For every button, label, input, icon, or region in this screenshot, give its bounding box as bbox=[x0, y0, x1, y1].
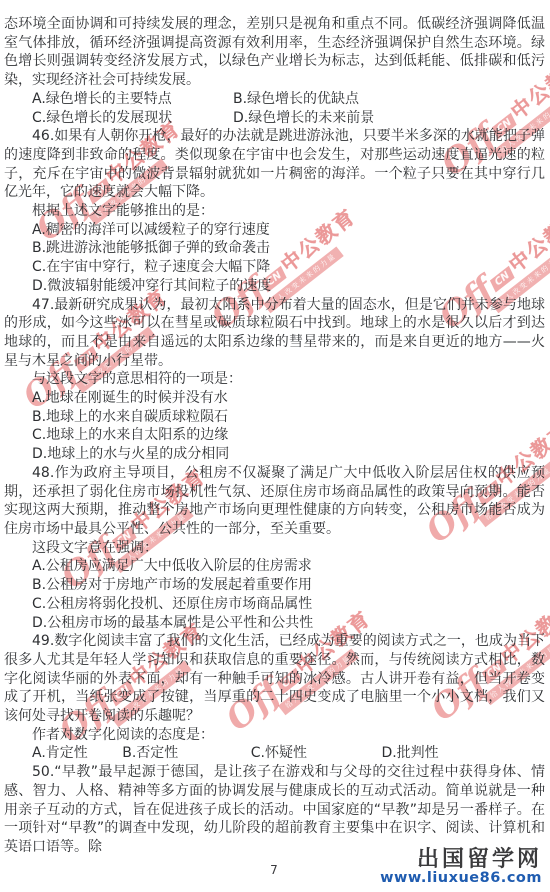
scanned-exam-page: Off CN 中公教育 给人改变未来的力量 Off CN 中公教育 给人改变未来… bbox=[0, 0, 550, 892]
question-49-option-a: A.肯定性 bbox=[32, 744, 88, 763]
lead-option-d: D.绿色增长的未来前景 bbox=[233, 109, 545, 128]
question-46-body: 46.如果有人朝你开枪，最好的办法就是跳进游泳池，只要半米多深的水就能把子弹的速… bbox=[4, 127, 545, 202]
question-49-option-c: C.怀疑性 bbox=[251, 744, 307, 763]
question-48-body: 48.作为政府主导项目，公租房不仅凝聚了满足广大中低收入阶层居住权的供应预期，还… bbox=[4, 464, 545, 539]
question-47-option-d: D.地球上的水与火星的成分相同 bbox=[4, 445, 545, 464]
question-48-option-a: A.公租房应满足广大中低收入阶层的住房需求 bbox=[4, 557, 545, 576]
site-url-link[interactable]: www.liuxue86.com bbox=[380, 871, 542, 886]
lead-option-b: B.绿色增长的优缺点 bbox=[233, 90, 545, 109]
question-49-options: A.肯定性 B.否定性 C.怀疑性 D.批判性 bbox=[4, 744, 545, 763]
lead-option-a: A.绿色增长的主要特点 bbox=[32, 90, 233, 109]
question-46-option-b: B.跳进游泳池能够抵御子弹的致命袭击 bbox=[4, 239, 545, 258]
question-46-option-a: A.稠密的海洋可以减缓粒子的穿行速度 bbox=[4, 221, 545, 240]
question-48-option-c: C.公租房将弱化投机、还原住房市场商品属性 bbox=[4, 595, 545, 614]
question-49-stem: 作者对数字化阅读的态度是： bbox=[4, 726, 545, 745]
question-47-option-a: A.地球在刚诞生的时候并没有水 bbox=[4, 389, 545, 408]
question-48-stem: 这段文字意在强调： bbox=[4, 539, 545, 558]
question-49-option-d: D.批判性 bbox=[381, 744, 438, 763]
page-number: 7 bbox=[264, 863, 284, 877]
question-47-stem: 与这段文字的意思相符的一项是： bbox=[4, 370, 545, 389]
site-name-text: 出国留学网 bbox=[380, 848, 542, 871]
question-46-option-d: D.微波辐射能缓冲穿行其间粒子的速度 bbox=[4, 277, 545, 296]
question-48-option-b: B.公租房对于房地产市场的发展起着重要作用 bbox=[4, 576, 545, 595]
question-47-option-c: C.地球上的水来自太阳系的边缘 bbox=[4, 426, 545, 445]
question-48-option-d: D.公租房市场的最基本属性是公平性和公共性 bbox=[4, 614, 545, 633]
question-49-option-b: B.否定性 bbox=[122, 744, 178, 763]
lead-option-c: C.绿色增长的发展现状 bbox=[32, 109, 233, 128]
question-47-body: 47.最新研究成果认为，最初太阳系中分布着大量的固态水，但是它们并未参与地球的形… bbox=[4, 296, 545, 371]
question-46-option-c: C.在宇宙中穿行，粒子速度会大幅下降 bbox=[4, 258, 545, 277]
lead-options: A.绿色增长的主要特点 B.绿色增长的优缺点 C.绿色增长的发展现状 D.绿色增… bbox=[4, 90, 545, 127]
exam-text-block: 态环境全面协调和可持续发展的理念，差别只是视角和重点不同。低碳经济强调降低温室气… bbox=[4, 15, 545, 857]
question-47-option-b: B.地球上的水来自碳质球粒陨石 bbox=[4, 408, 545, 427]
site-logo: 出国留学网 www.liuxue86.com bbox=[380, 848, 542, 886]
question-49-body: 49.数字化阅读丰富了我们的文化生活，已经成为重要的阅读方式之一，也成为当下很多… bbox=[4, 632, 545, 726]
question-46-stem: 根据上述文字能够推出的是： bbox=[4, 202, 545, 221]
question-50-body: 50.“早教”最早起源于德国，是让孩子在游戏和与父母的交往过程中获得身体、情感、… bbox=[4, 763, 545, 857]
lead-paragraph: 态环境全面协调和可持续发展的理念，差别只是视角和重点不同。低碳经济强调降低温室气… bbox=[4, 15, 545, 90]
